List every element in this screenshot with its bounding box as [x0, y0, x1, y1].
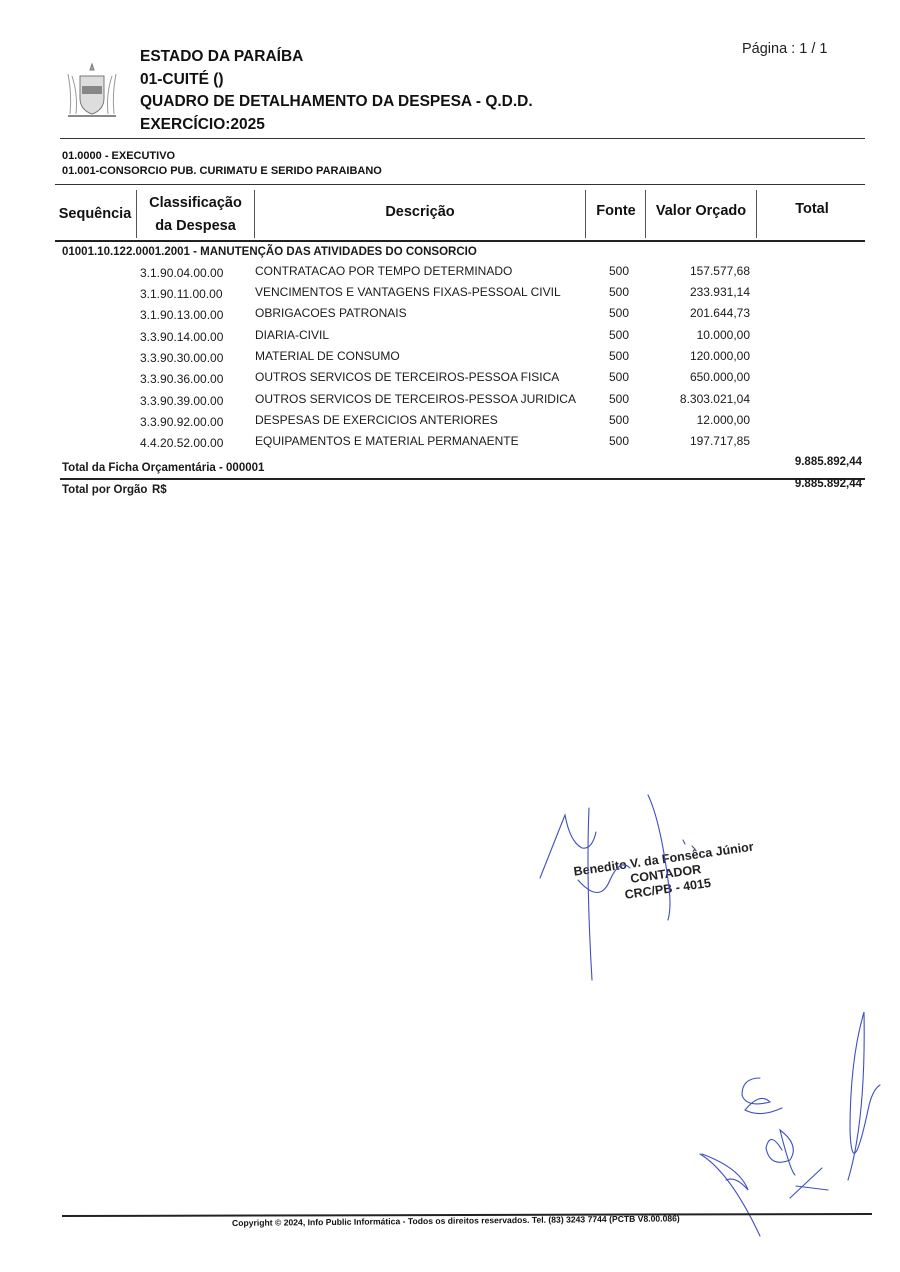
budget-value-cell: 197.717,85	[690, 434, 750, 448]
col-header-sequencia: Sequência	[55, 206, 135, 222]
classification-cell: 3.3.90.39.00.00	[140, 394, 223, 408]
orgao-total-value: 9.885.892,44	[795, 478, 862, 490]
report-title: QUADRO DE DETALHAMENTO DA DESPESA - Q.D.…	[140, 93, 533, 111]
col-header-descricao: Descrição	[255, 204, 585, 220]
source-cell: 500	[609, 349, 629, 363]
header-divider	[60, 138, 865, 139]
program-heading: 01001.10.122.0001.2001 - MANUTENÇÃO DAS …	[62, 246, 477, 258]
state-title: ESTADO DA PARAÍBA	[140, 48, 303, 66]
classification-cell: 4.4.20.52.00.00	[140, 436, 223, 450]
description-cell: OBRIGACOES PATRONAIS	[255, 306, 407, 320]
description-cell: CONTRATACAO POR TEMPO DETERMINADO	[255, 264, 512, 278]
source-cell: 500	[609, 264, 629, 278]
table-row: 3.3.90.92.00.00 DESPESAS DE EXERCICIOS A…	[0, 413, 900, 434]
orgao-total-currency: R$	[152, 484, 167, 496]
table-row: 3.1.90.13.00.00 OBRIGACOES PATRONAIS 500…	[0, 306, 900, 327]
table-row: 3.3.90.30.00.00 MATERIAL DE CONSUMO 500 …	[0, 349, 900, 370]
entity-title: 01-CUITÉ ()	[140, 71, 224, 89]
table-top-border	[55, 184, 865, 185]
table-row: 3.3.90.14.00.00 DIARIA-CIVIL 500 10.000,…	[0, 328, 900, 349]
table-row: 3.3.90.39.00.00 OUTROS SERVICOS DE TERCE…	[0, 392, 900, 413]
budget-value-cell: 120.000,00	[690, 349, 750, 363]
fiscal-year: EXERCÍCIO:2025	[140, 116, 265, 134]
source-cell: 500	[609, 413, 629, 427]
description-cell: OUTROS SERVICOS DE TERCEIROS-PESSOA JURI…	[255, 392, 576, 406]
description-cell: OUTROS SERVICOS DE TERCEIROS-PESSOA FISI…	[255, 370, 559, 384]
budget-value-cell: 12.000,00	[697, 413, 750, 427]
classification-cell: 3.1.90.04.00.00	[140, 266, 223, 280]
source-cell: 500	[609, 434, 629, 448]
classification-cell: 3.3.90.14.00.00	[140, 330, 223, 344]
col-header-valor: Valor Orçado	[647, 203, 755, 219]
classification-cell: 3.3.90.92.00.00	[140, 415, 223, 429]
source-cell: 500	[609, 328, 629, 342]
classification-cell: 3.3.90.36.00.00	[140, 372, 223, 386]
ficha-total-label: Total da Ficha Orçamentária - 000001	[62, 462, 264, 474]
source-cell: 500	[609, 392, 629, 406]
description-cell: EQUIPAMENTOS E MATERIAL PERMANAENTE	[255, 434, 519, 448]
coat-of-arms-icon	[62, 62, 122, 124]
budget-value-cell: 201.644,73	[690, 306, 750, 320]
table-row: 3.3.90.36.00.00 OUTROS SERVICOS DE TERCE…	[0, 370, 900, 391]
table-header-bottom-border	[55, 240, 865, 242]
source-cell: 500	[609, 370, 629, 384]
source-cell: 500	[609, 285, 629, 299]
page-number: Página : 1 / 1	[742, 41, 827, 57]
unit-section: 01.001-CONSORCIO PUB. CURIMATU E SERIDO …	[62, 165, 382, 177]
table-row: 3.1.90.11.00.00 VENCIMENTOS E VANTAGENS …	[0, 285, 900, 306]
description-cell: MATERIAL DE CONSUMO	[255, 349, 400, 363]
budget-value-cell: 8.303.021,04	[680, 392, 750, 406]
description-cell: VENCIMENTOS E VANTAGENS FIXAS-PESSOAL CI…	[255, 285, 561, 299]
classification-cell: 3.3.90.30.00.00	[140, 351, 223, 365]
handwritten-signature-icon	[0, 0, 900, 1272]
col-divider	[645, 190, 646, 238]
description-cell: DESPESAS DE EXERCICIOS ANTERIORES	[255, 413, 498, 427]
budget-value-cell: 157.577,68	[690, 264, 750, 278]
budget-value-cell: 650.000,00	[690, 370, 750, 384]
totals-divider	[60, 478, 865, 480]
table-row: 4.4.20.52.00.00 EQUIPAMENTOS E MATERIAL …	[0, 434, 900, 455]
col-header-total: Total	[758, 201, 866, 217]
orgao-total-label: Total por Orgão	[62, 484, 147, 496]
signature-stamp: Benedito V. da Fonsêca Júnior CONTADOR C…	[573, 840, 759, 910]
col-divider	[254, 190, 255, 238]
description-cell: DIARIA-CIVIL	[255, 328, 329, 342]
classification-cell: 3.1.90.11.00.00	[140, 287, 223, 301]
col-divider	[756, 190, 757, 238]
source-cell: 500	[609, 306, 629, 320]
budget-value-cell: 10.000,00	[697, 328, 750, 342]
power-section: 01.0000 - EXECUTIVO	[62, 150, 175, 162]
col-divider	[585, 190, 586, 238]
col-divider	[136, 190, 137, 238]
table-row: 3.1.90.04.00.00 CONTRATACAO POR TEMPO DE…	[0, 264, 900, 285]
budget-value-cell: 233.931,14	[690, 285, 750, 299]
ficha-total-value: 9.885.892,44	[795, 456, 862, 468]
col-header-fonte: Fonte	[587, 203, 645, 219]
col-header-classificacao-line1: Classificação	[138, 195, 253, 211]
classification-cell: 3.1.90.13.00.00	[140, 308, 223, 322]
col-header-classificacao-line2: da Despesa	[138, 218, 253, 234]
